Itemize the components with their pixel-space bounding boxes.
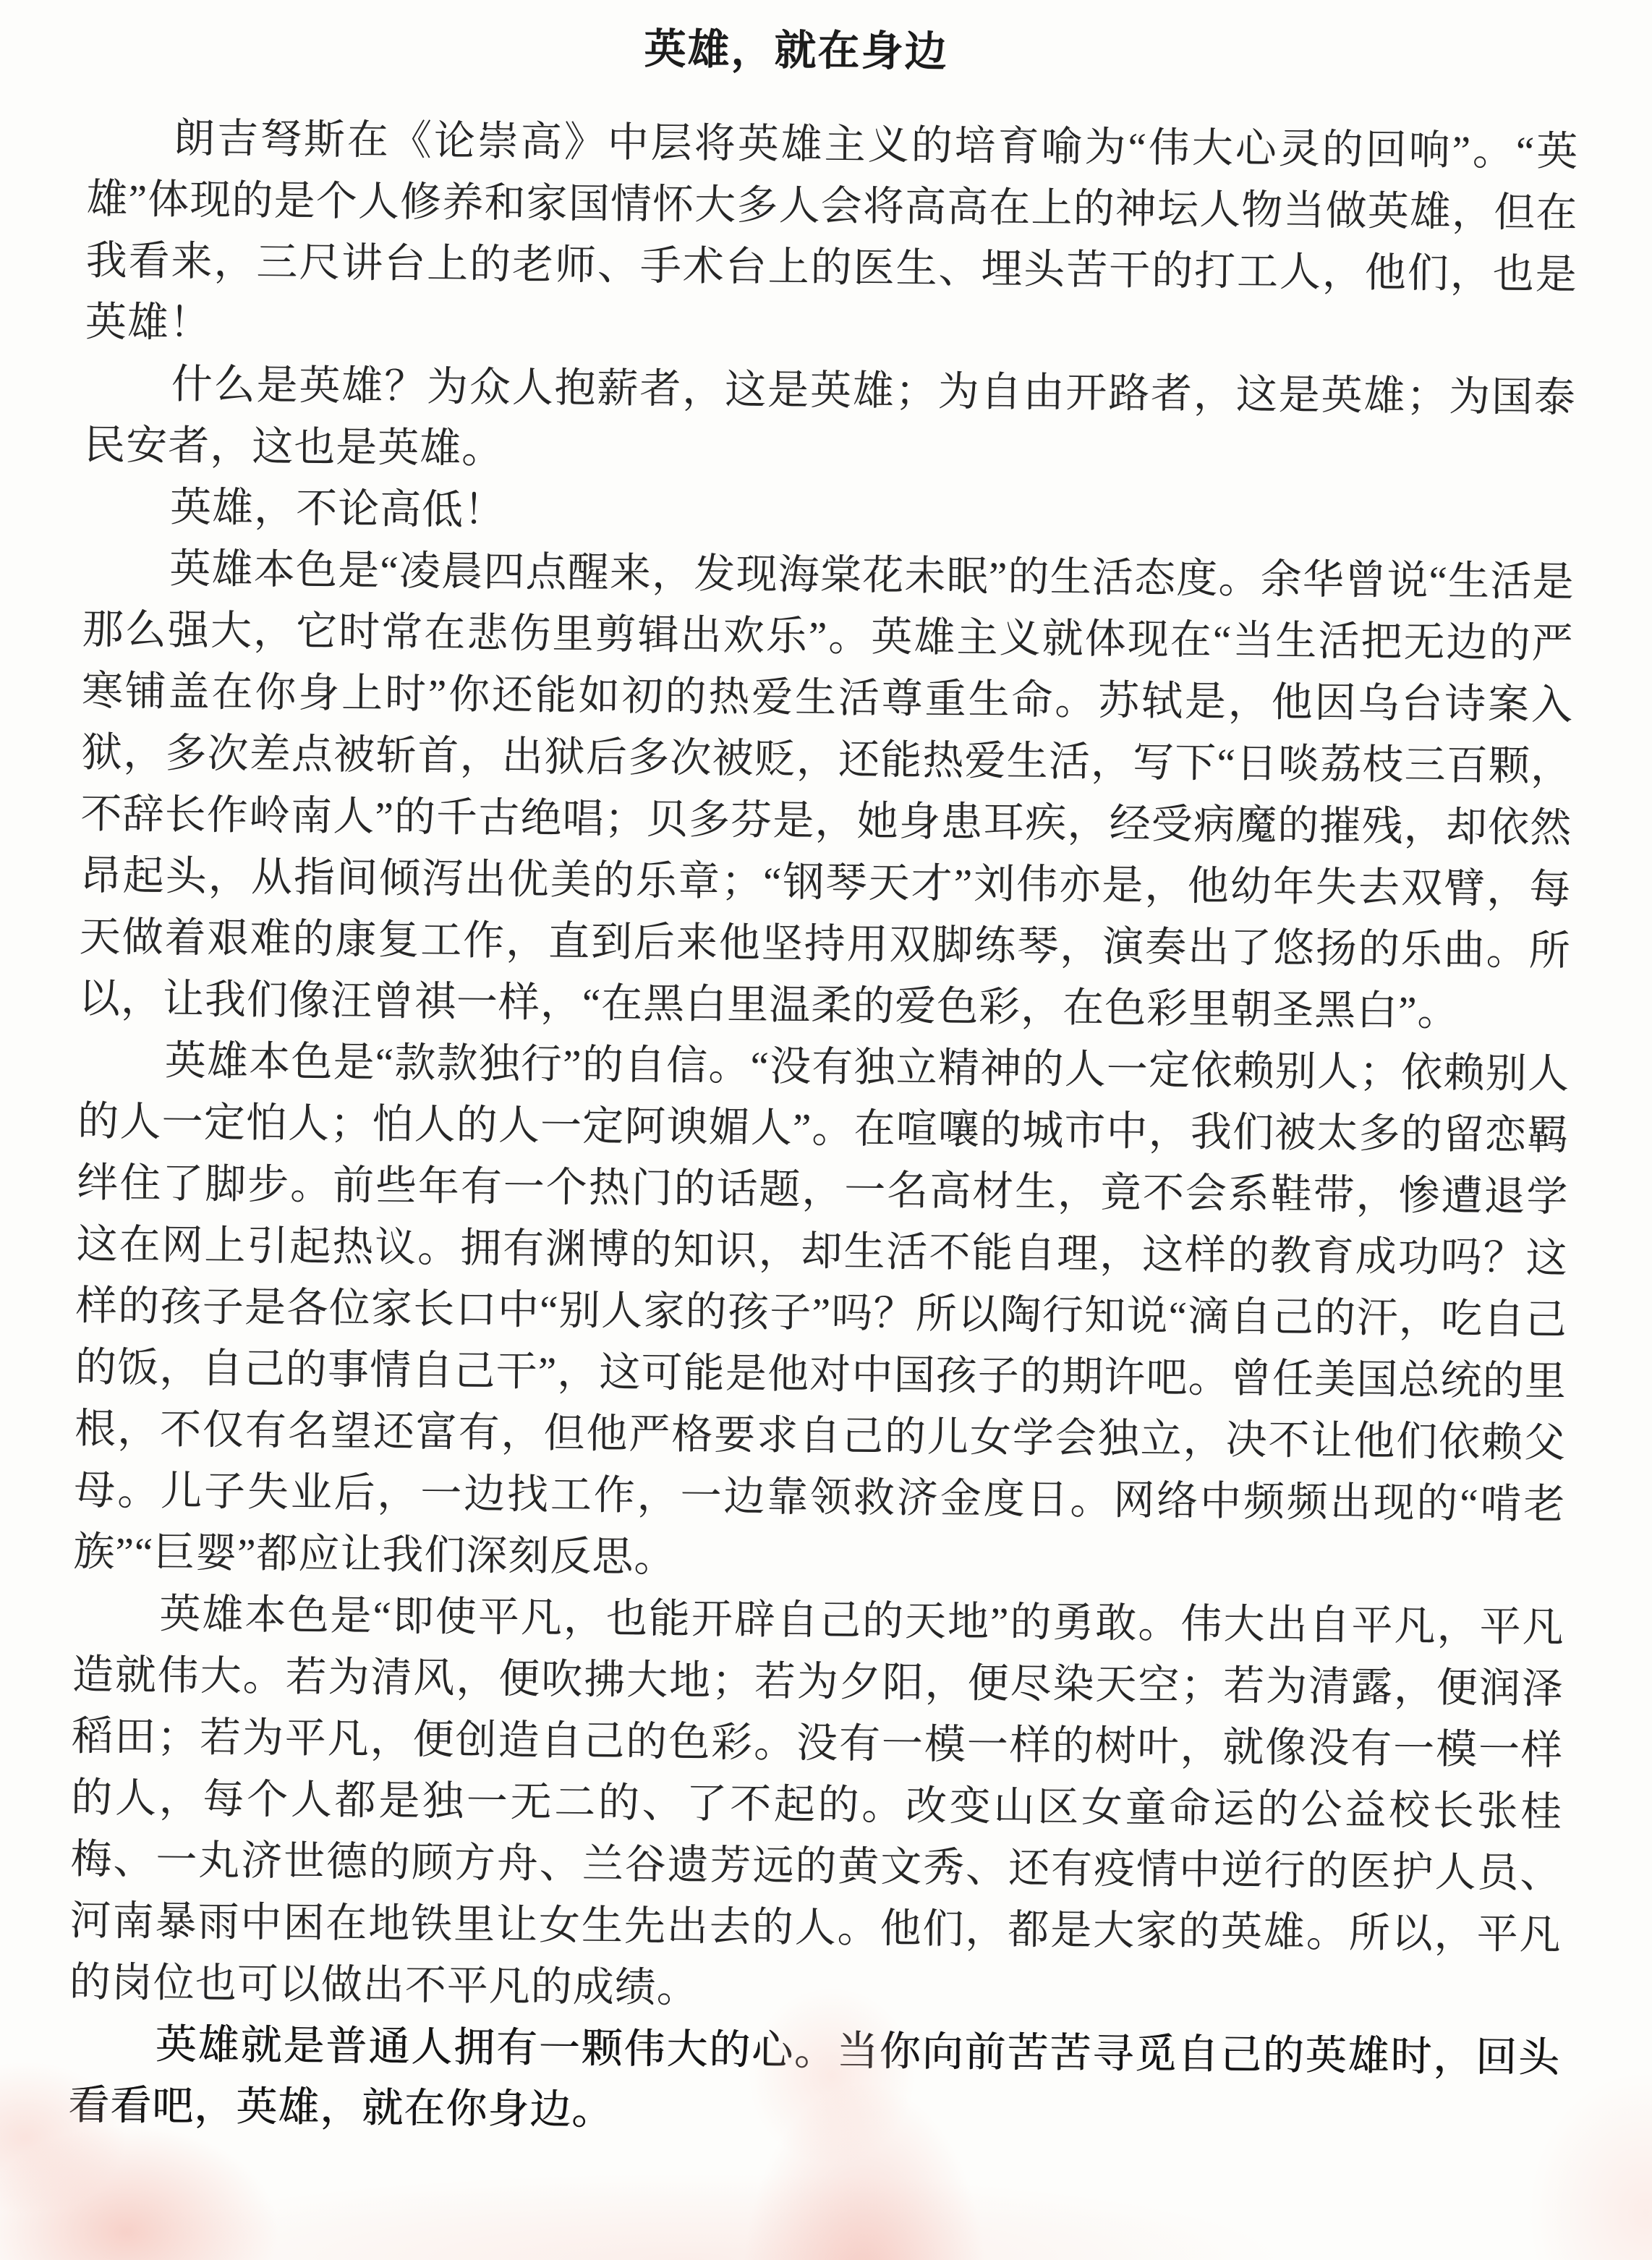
essay-paragraph: 什么是英雄？为众人抱薪者，这是英雄；为自由开路者，这是英雄；为国泰民安者，这也是… [84, 353, 1577, 490]
essay-paragraph: 英雄本色是“即使平凡，也能开辟自己的天地”的勇敢。伟大出自平凡，平凡造就伟大。若… [69, 1583, 1564, 2028]
essay-paragraph: 英雄本色是“款款独行”的自信。“没有独立精神的人一定依赖别人；依赖别人的人一定怕… [73, 1029, 1570, 1597]
essay-body: 朗吉弩斯在《论崇高》中层将英雄主义的培育喻为“伟大心灵的回响”。“英雄”体现的是… [68, 107, 1579, 2151]
essay-title: 英雄，就在身边 [50, 13, 1542, 89]
scanned-page: 英雄，就在身边 朗吉弩斯在《论崇高》中层将英雄主义的培育喻为“伟大心灵的回响”。… [0, 0, 1652, 2260]
essay-paragraph: 英雄就是普通人拥有一颗伟大的心。当你向前苦苦寻觅自己的英雄时，回头看看吧，英雄，… [68, 2013, 1561, 2151]
essay-paragraph: 朗吉弩斯在《论崇高》中层将英雄主义的培育喻为“伟大心灵的回响”。“英雄”体现的是… [85, 107, 1578, 368]
essay-paragraph: 英雄本色是“凌晨四点醒来，发现海棠花未眠”的生活态度。余华曾说“生活是那么强大，… [79, 538, 1575, 1044]
essay: 英雄，就在身边 朗吉弩斯在《论崇高》中层将英雄主义的培育喻为“伟大心灵的回响”。… [68, 13, 1580, 2151]
